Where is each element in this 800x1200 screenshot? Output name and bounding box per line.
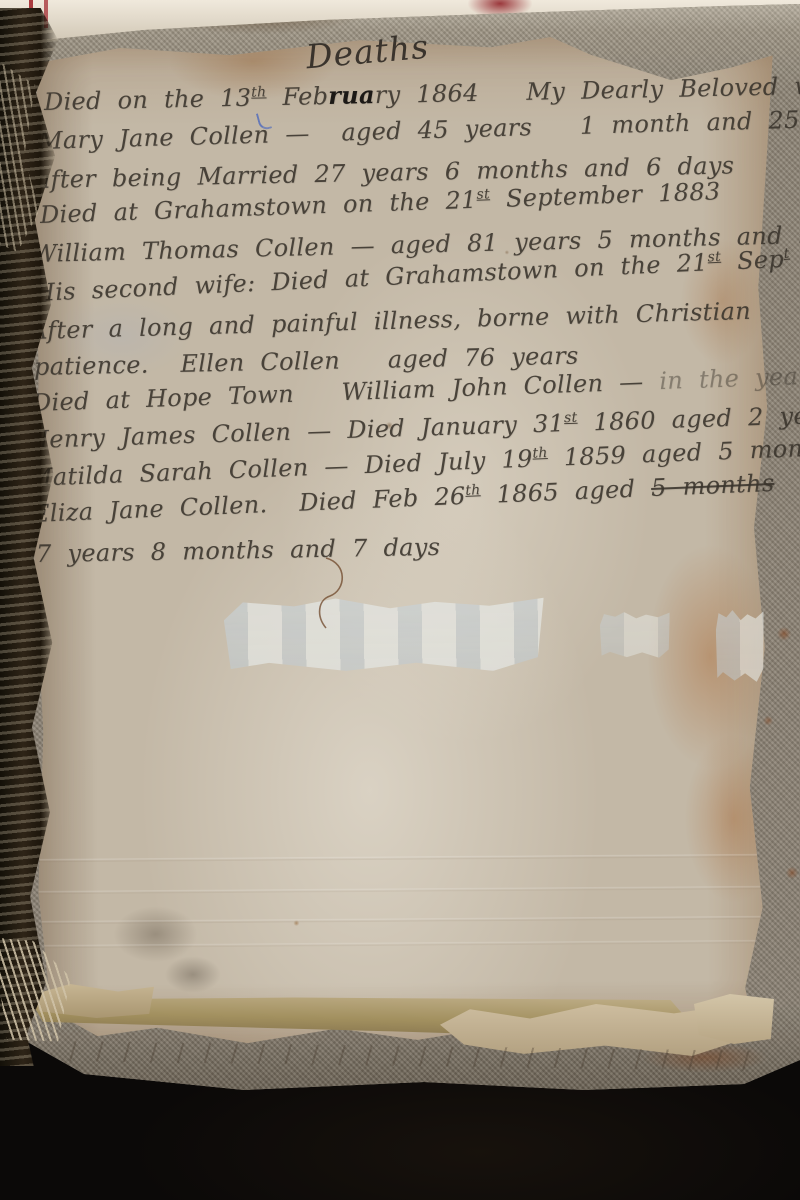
handwriting-segment: 7 years 8 months and 7 days <box>36 533 441 568</box>
handwriting-segment: th <box>532 445 548 462</box>
handwriting-segment: Feb <box>266 82 328 111</box>
handwriting-line-13: 7 years 8 months and 7 days <box>36 535 441 566</box>
handwriting-segment: in the year 18 <box>643 360 800 395</box>
handwriting-segment: st <box>707 249 721 266</box>
handwriting-segment: 1893 <box>789 241 800 273</box>
photo-bible-deaths-page: Deaths Died on the 13th February 1864 My… <box>0 0 800 1200</box>
handwriting-segment: st <box>476 186 490 202</box>
handwriting-segment: 1860 aged 2 years <box>577 400 800 437</box>
handwriting-segment: ry 1864 My Dearly Beloved wife <box>375 71 800 109</box>
handwriting-segment: After a long and painful illness, borne … <box>30 297 752 345</box>
handwriting-segment: Sep <box>721 245 785 276</box>
handwriting-segment: th <box>251 84 267 100</box>
handwriting-segment: 5 months <box>651 469 775 502</box>
handwriting-segment: rua <box>328 80 375 110</box>
page-title: Deaths <box>305 29 431 76</box>
handwriting: Deaths Died on the 13th February 1864 My… <box>0 0 800 700</box>
handwriting-segment: Died on the 13 <box>44 84 252 116</box>
handwriting-segment: th <box>465 482 481 499</box>
handwriting-segment: 1859 aged 5 months <box>547 432 800 472</box>
handwriting-line-7: After a long and painful illness, borne … <box>30 299 752 343</box>
torn-paper-flap <box>694 994 774 1044</box>
handwriting-segment: 1865 aged <box>480 474 652 509</box>
handwriting-segment: st <box>564 410 578 426</box>
